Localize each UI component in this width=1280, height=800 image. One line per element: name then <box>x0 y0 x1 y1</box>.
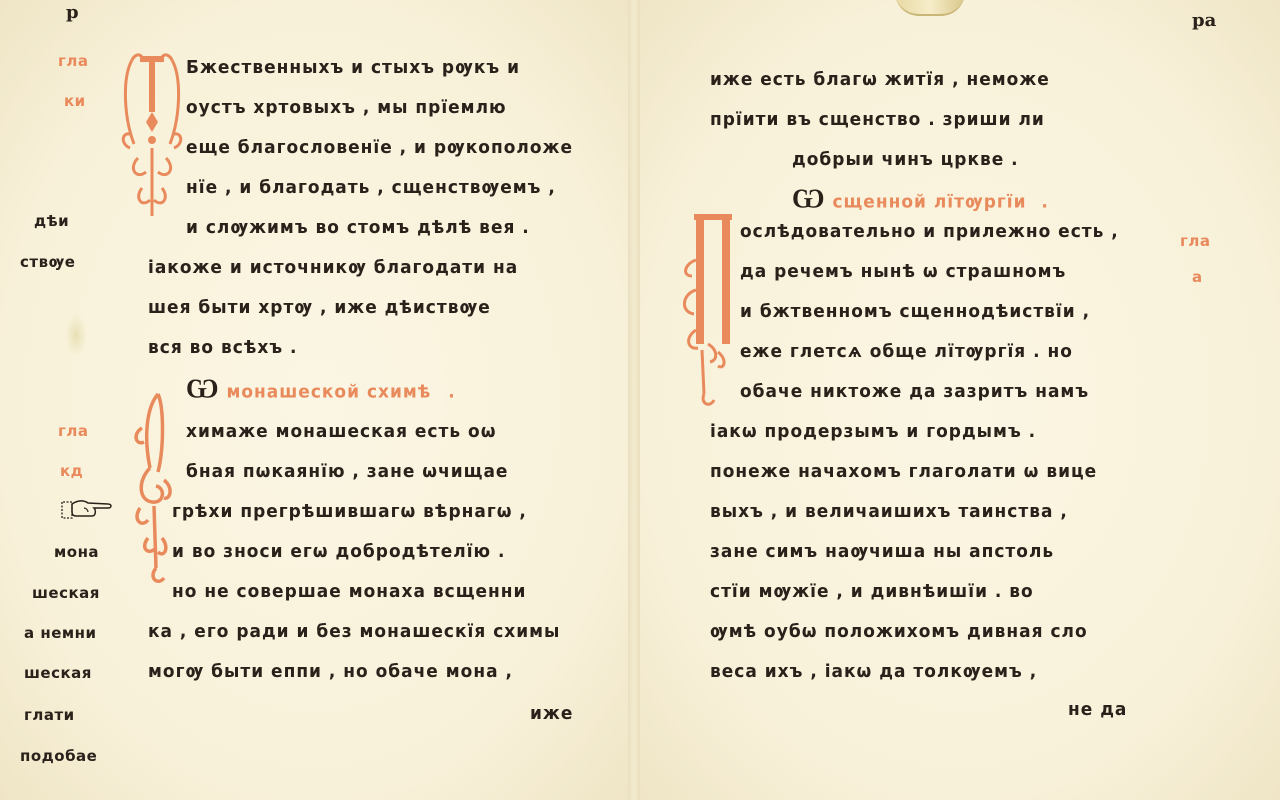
decorated-initial-p-icon <box>678 210 736 410</box>
paper-stain <box>66 315 86 355</box>
catchword: не да <box>1068 700 1127 721</box>
folio-number-right: ра <box>1192 10 1216 31</box>
pointing-hand-icon <box>58 494 118 524</box>
text-line: шея быти хртѹ , иже дѣиствѹе <box>148 298 491 319</box>
text-line: добрыи чинъ цркве . <box>792 150 1019 171</box>
heading-initial: Ѡ <box>792 183 826 215</box>
margin-note: мона <box>54 543 99 561</box>
text-line: бная пѡкаянїю , зане ѡчищае <box>186 462 508 483</box>
text-line: ослѣдовательно и прилежно есть , <box>740 222 1119 243</box>
catchword: иже <box>530 704 573 725</box>
heading-initial: Ѡ <box>186 373 220 405</box>
text-line: но не совершае монаха всщенни <box>172 582 526 603</box>
margin-note: гла <box>1180 232 1210 250</box>
text-line: іакоже и источникѹ благодати на <box>148 258 518 279</box>
text-line: ка , его ради и без монашескїя схимы <box>148 622 560 643</box>
margin-note: глати <box>24 706 75 724</box>
section-heading: Ѡ монашеской схимѣ . <box>186 373 456 405</box>
right-page: ра иже есть благѡ житїя , неможе прїити … <box>640 0 1280 800</box>
margin-note: дѣи <box>34 212 69 230</box>
section-heading: Ѡ сщенной лїтѹргїи . <box>792 183 1049 215</box>
text-line: еще благословенїе , и рѹкоположе <box>186 138 573 159</box>
margin-note: а <box>1192 268 1203 286</box>
heading-end: . <box>1041 192 1048 213</box>
text-line: химаже монашеская есть оѡ <box>186 422 497 443</box>
text-line: оустъ хртовыхъ , мы прїемлю <box>186 98 507 119</box>
margin-note: а немни <box>24 624 97 642</box>
heading-end: . <box>448 382 455 403</box>
text-line: вся во всѣхъ . <box>148 338 298 359</box>
text-line: ѹмѣ оубѡ положихомъ дивная сло <box>710 622 1088 643</box>
text-line: іакѡ продерзымъ и гордымъ . <box>710 422 1036 443</box>
margin-note: кд <box>60 462 83 480</box>
margin-note: гла <box>58 52 88 70</box>
heading-text: сщенной лїтѹргїи <box>832 192 1026 213</box>
text-line: и бжтвенномъ сщеннодѣиствїи , <box>740 302 1090 323</box>
text-line: обаче никтоже да зазритъ намъ <box>740 382 1089 403</box>
text-line: грѣхи прегрѣшившагѡ вѣрнагѡ , <box>172 502 527 523</box>
text-line: понеже начахомъ глаголати ѡ вице <box>710 462 1097 483</box>
heading-text: монашеской схимѣ <box>226 382 431 403</box>
text-line: стїи мѹжїе , и дивнѣишїи . во <box>710 582 1034 603</box>
decorated-initial-t-icon <box>118 48 186 220</box>
text-line: нїе , и благодать , сщенствѹемъ , <box>186 178 556 199</box>
margin-note: ствѹе <box>20 253 75 271</box>
margin-note: шеская <box>32 584 100 602</box>
text-line: могѹ быти еппи , но обаче мона , <box>148 662 513 683</box>
text-line: еже глетсѧ обще лїтѹргїя . но <box>740 342 1073 363</box>
text-line: да речемъ нынѣ ѡ страшномъ <box>740 262 1066 283</box>
left-page: р гла ки дѣи ствѹе гла кд мона шеская а … <box>0 0 628 800</box>
margin-note: подобае <box>20 747 97 765</box>
text-line: веса ихъ , іакѡ да толкѹемъ , <box>710 662 1037 683</box>
bookmark-ribbon <box>895 0 965 16</box>
margin-note: гла <box>58 422 88 440</box>
margin-note: шеская <box>24 664 92 682</box>
text-line: выхъ , и величаишихъ таинства , <box>710 502 1068 523</box>
margin-note: ки <box>64 92 86 110</box>
decorated-initial-s-icon <box>128 388 178 588</box>
text-line: иже есть благѡ житїя , неможе <box>710 70 1050 91</box>
text-line: и во зноси егѡ добродѣтелїю . <box>172 542 505 563</box>
text-line: прїити въ сщенство . зриши ли <box>710 110 1045 131</box>
folio-number-left: р <box>66 2 79 23</box>
text-line: и слѹжимъ во стомъ дѣлѣ вея . <box>186 218 530 239</box>
text-line: Бжественныхъ и стыхъ рѹкъ и <box>186 58 520 79</box>
text-line: зане симъ наѹчиша ны апстоль <box>710 542 1054 563</box>
